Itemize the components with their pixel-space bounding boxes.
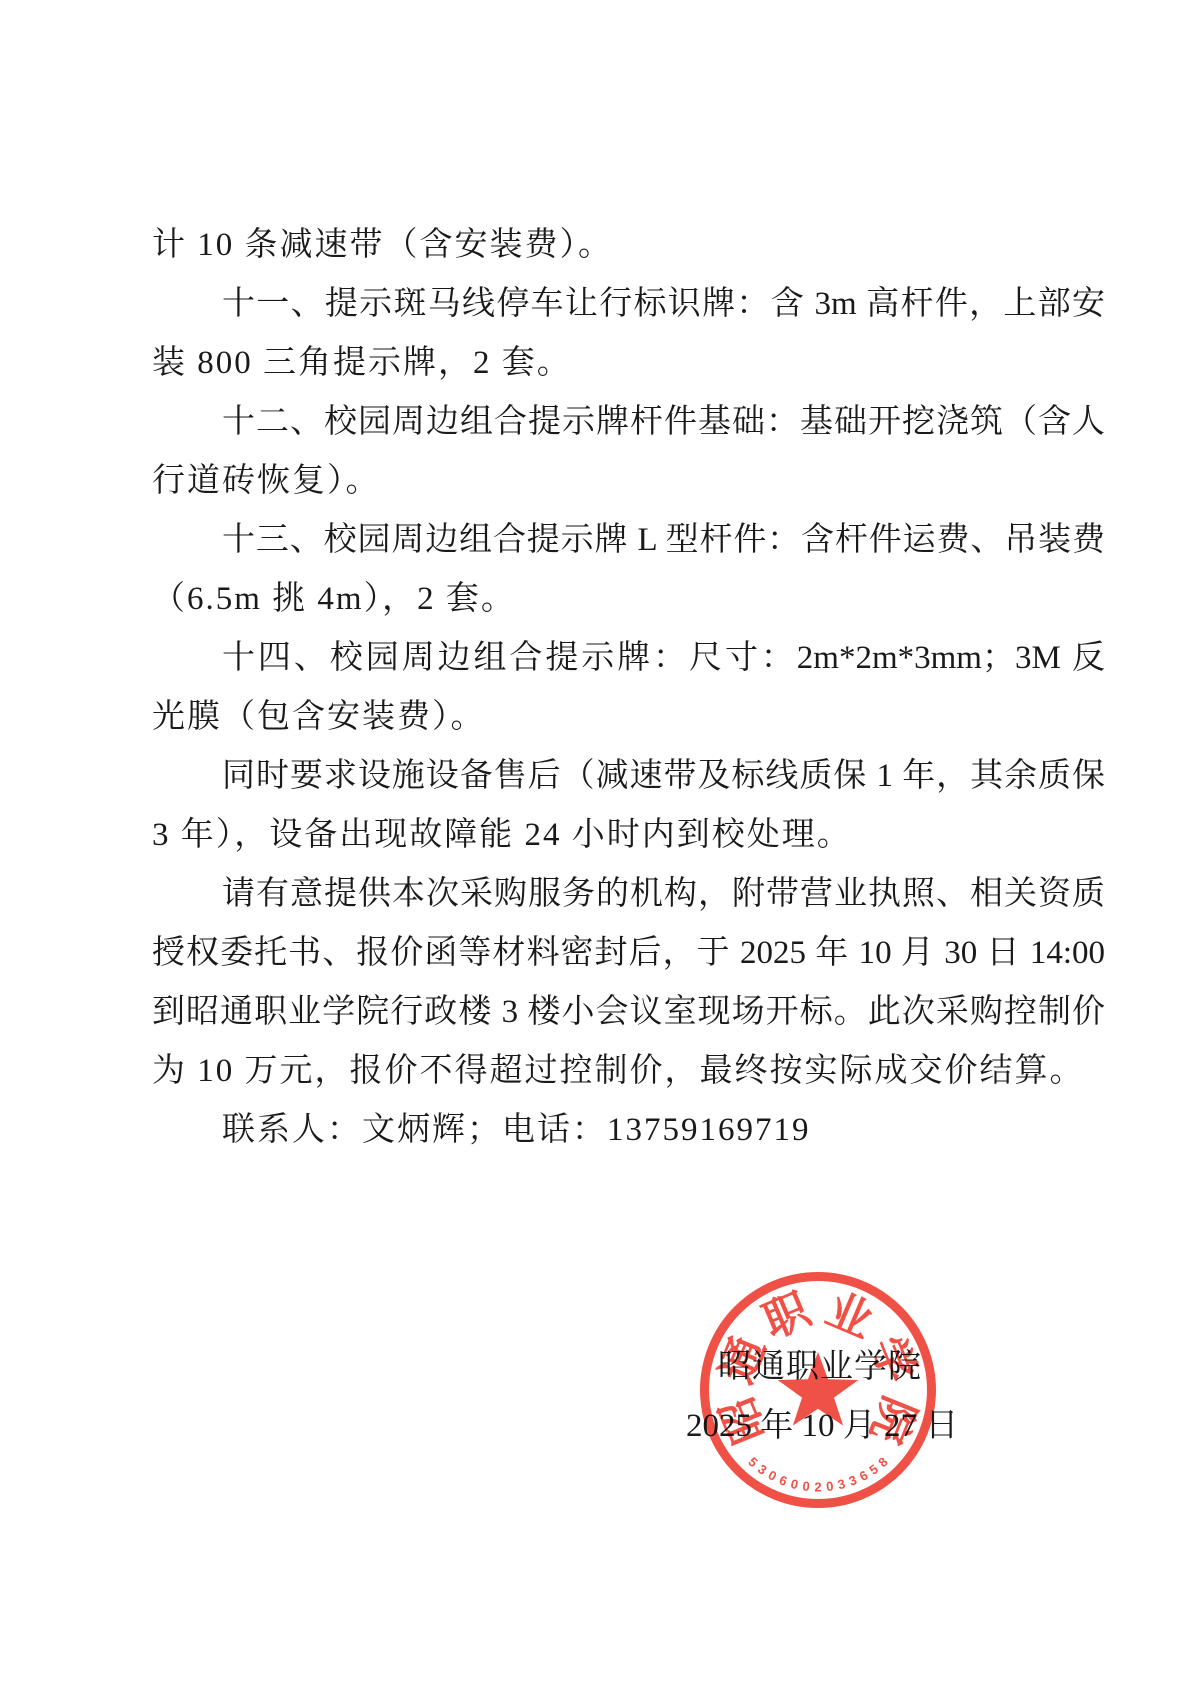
body-line: 同时要求设施设备售后（减速带及标线质保 1 年，其余质保 [152, 747, 1105, 806]
seal-serial-digit: 2 [814, 1481, 821, 1494]
body-line: 到昭通职业学院行政楼 3 楼小会议室现场开标。此次采购控制价 [152, 983, 1105, 1042]
body-line: 装 800 三角提示牌，2 套。 [152, 334, 1105, 393]
contact-line: 联系人：文炳辉；电话：13759169719 [152, 1101, 1105, 1160]
body-line: 授权委托书、报价函等材料密封后，于 2025 年 10 月 30 日 14:00 [152, 924, 1105, 983]
body-line: 为 10 万元，报价不得超过控制价，最终按实际成交价结算。 [152, 1042, 1105, 1101]
body-line: （6.5m 挑 4m），2 套。 [152, 570, 1105, 629]
body-line: 十四、校园周边组合提示牌：尺寸：2m*2m*3mm；3M 反 [152, 629, 1105, 688]
body-line: 十二、校园周边组合提示牌杆件基础：基础开挖浇筑（含人 [152, 393, 1105, 452]
body-line: 请有意提供本次采购服务的机构，附带营业执照、相关资质 [152, 865, 1105, 924]
seal-serial-digit: 0 [825, 1479, 834, 1493]
body-line: 十一、提示斑马线停车让行标识牌：含 3m 高杆件，上部安 [152, 275, 1105, 334]
body-line: 计 10 条减速带（含安装费）。 [152, 216, 1105, 275]
body-line: 十三、校园周边组合提示牌 L 型杆件：含杆件运费、吊装费 [152, 511, 1105, 570]
body-line: 行道砖恢复）。 [152, 452, 1105, 511]
document-page: 计 10 条减速带（含安装费）。 十一、提示斑马线停车让行标识牌：含 3m 高杆… [0, 0, 1191, 1684]
body-line: 光膜（包含安装费）。 [152, 688, 1105, 747]
body-line: 3 年），设备出现故障能 24 小时内到校处理。 [152, 806, 1105, 865]
official-seal: 昭 通 职 业 学 院 5306002033658 [700, 1272, 936, 1508]
body-text-block: 计 10 条减速带（含安装费）。 十一、提示斑马线停车让行标识牌：含 3m 高杆… [152, 216, 1105, 1160]
